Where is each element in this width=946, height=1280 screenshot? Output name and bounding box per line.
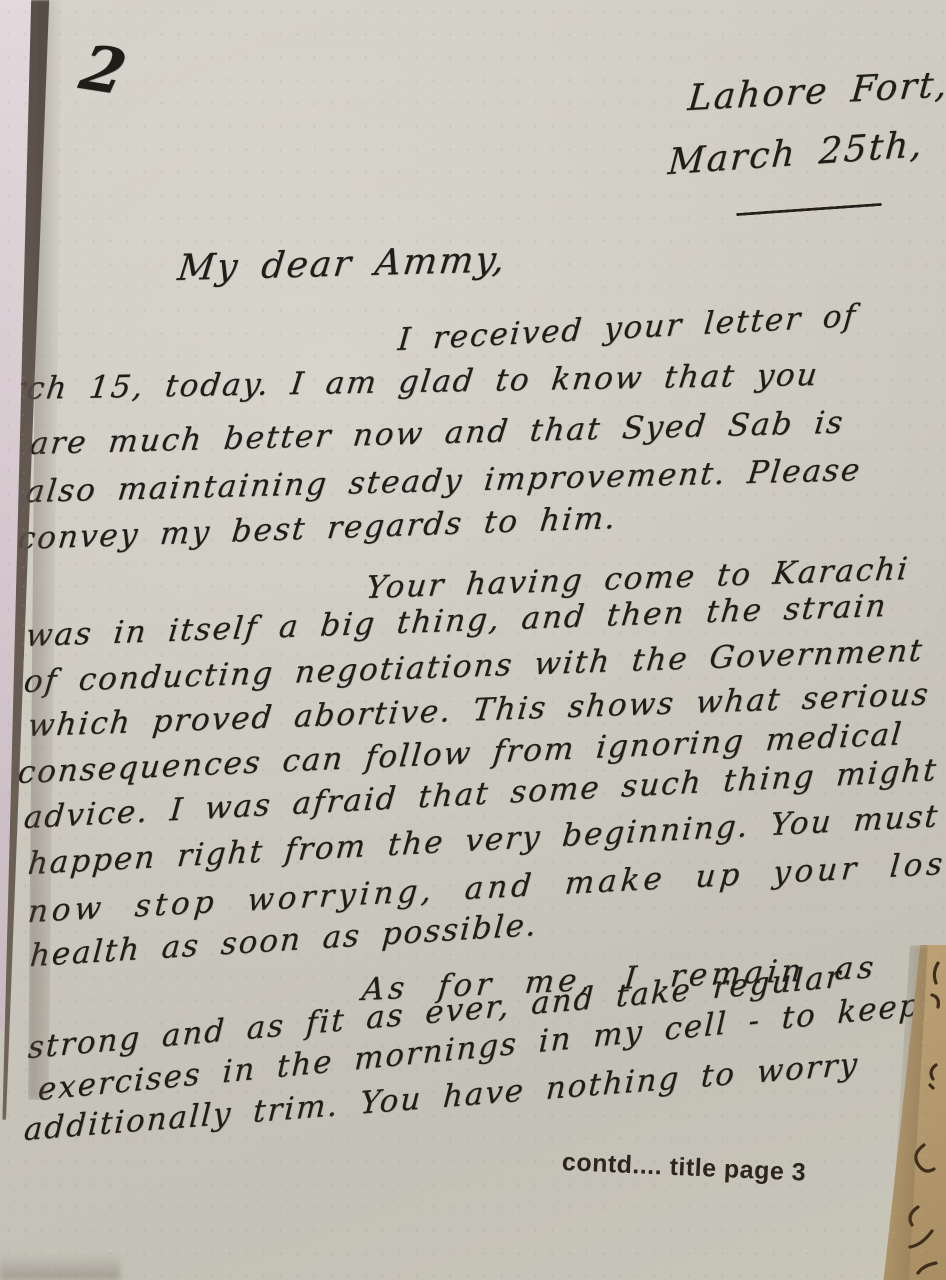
heading-date: March 25th, 1952 bbox=[667, 115, 946, 183]
page-number: 2 bbox=[74, 31, 135, 109]
body-line: also maintaining steady improvement. Ple… bbox=[24, 452, 863, 510]
date-underline bbox=[736, 203, 882, 216]
salutation: My dear Ammy, bbox=[176, 239, 509, 289]
body-line: I received your letter of bbox=[396, 298, 858, 358]
body-line: are much better now and that Syed Sab is bbox=[28, 405, 846, 462]
bottom-left-shade bbox=[0, 1254, 120, 1280]
heading-location: Lahore Fort, bbox=[686, 64, 946, 119]
body-line: convey my best regards to him. bbox=[16, 500, 619, 557]
footer-note: contd.... title page 3 bbox=[561, 1148, 806, 1188]
body-line: March 15, today. I am glad to know that … bbox=[0, 357, 821, 408]
letter-photo: 2 Lahore Fort, March 25th, 1952 My dear … bbox=[0, 0, 946, 1280]
